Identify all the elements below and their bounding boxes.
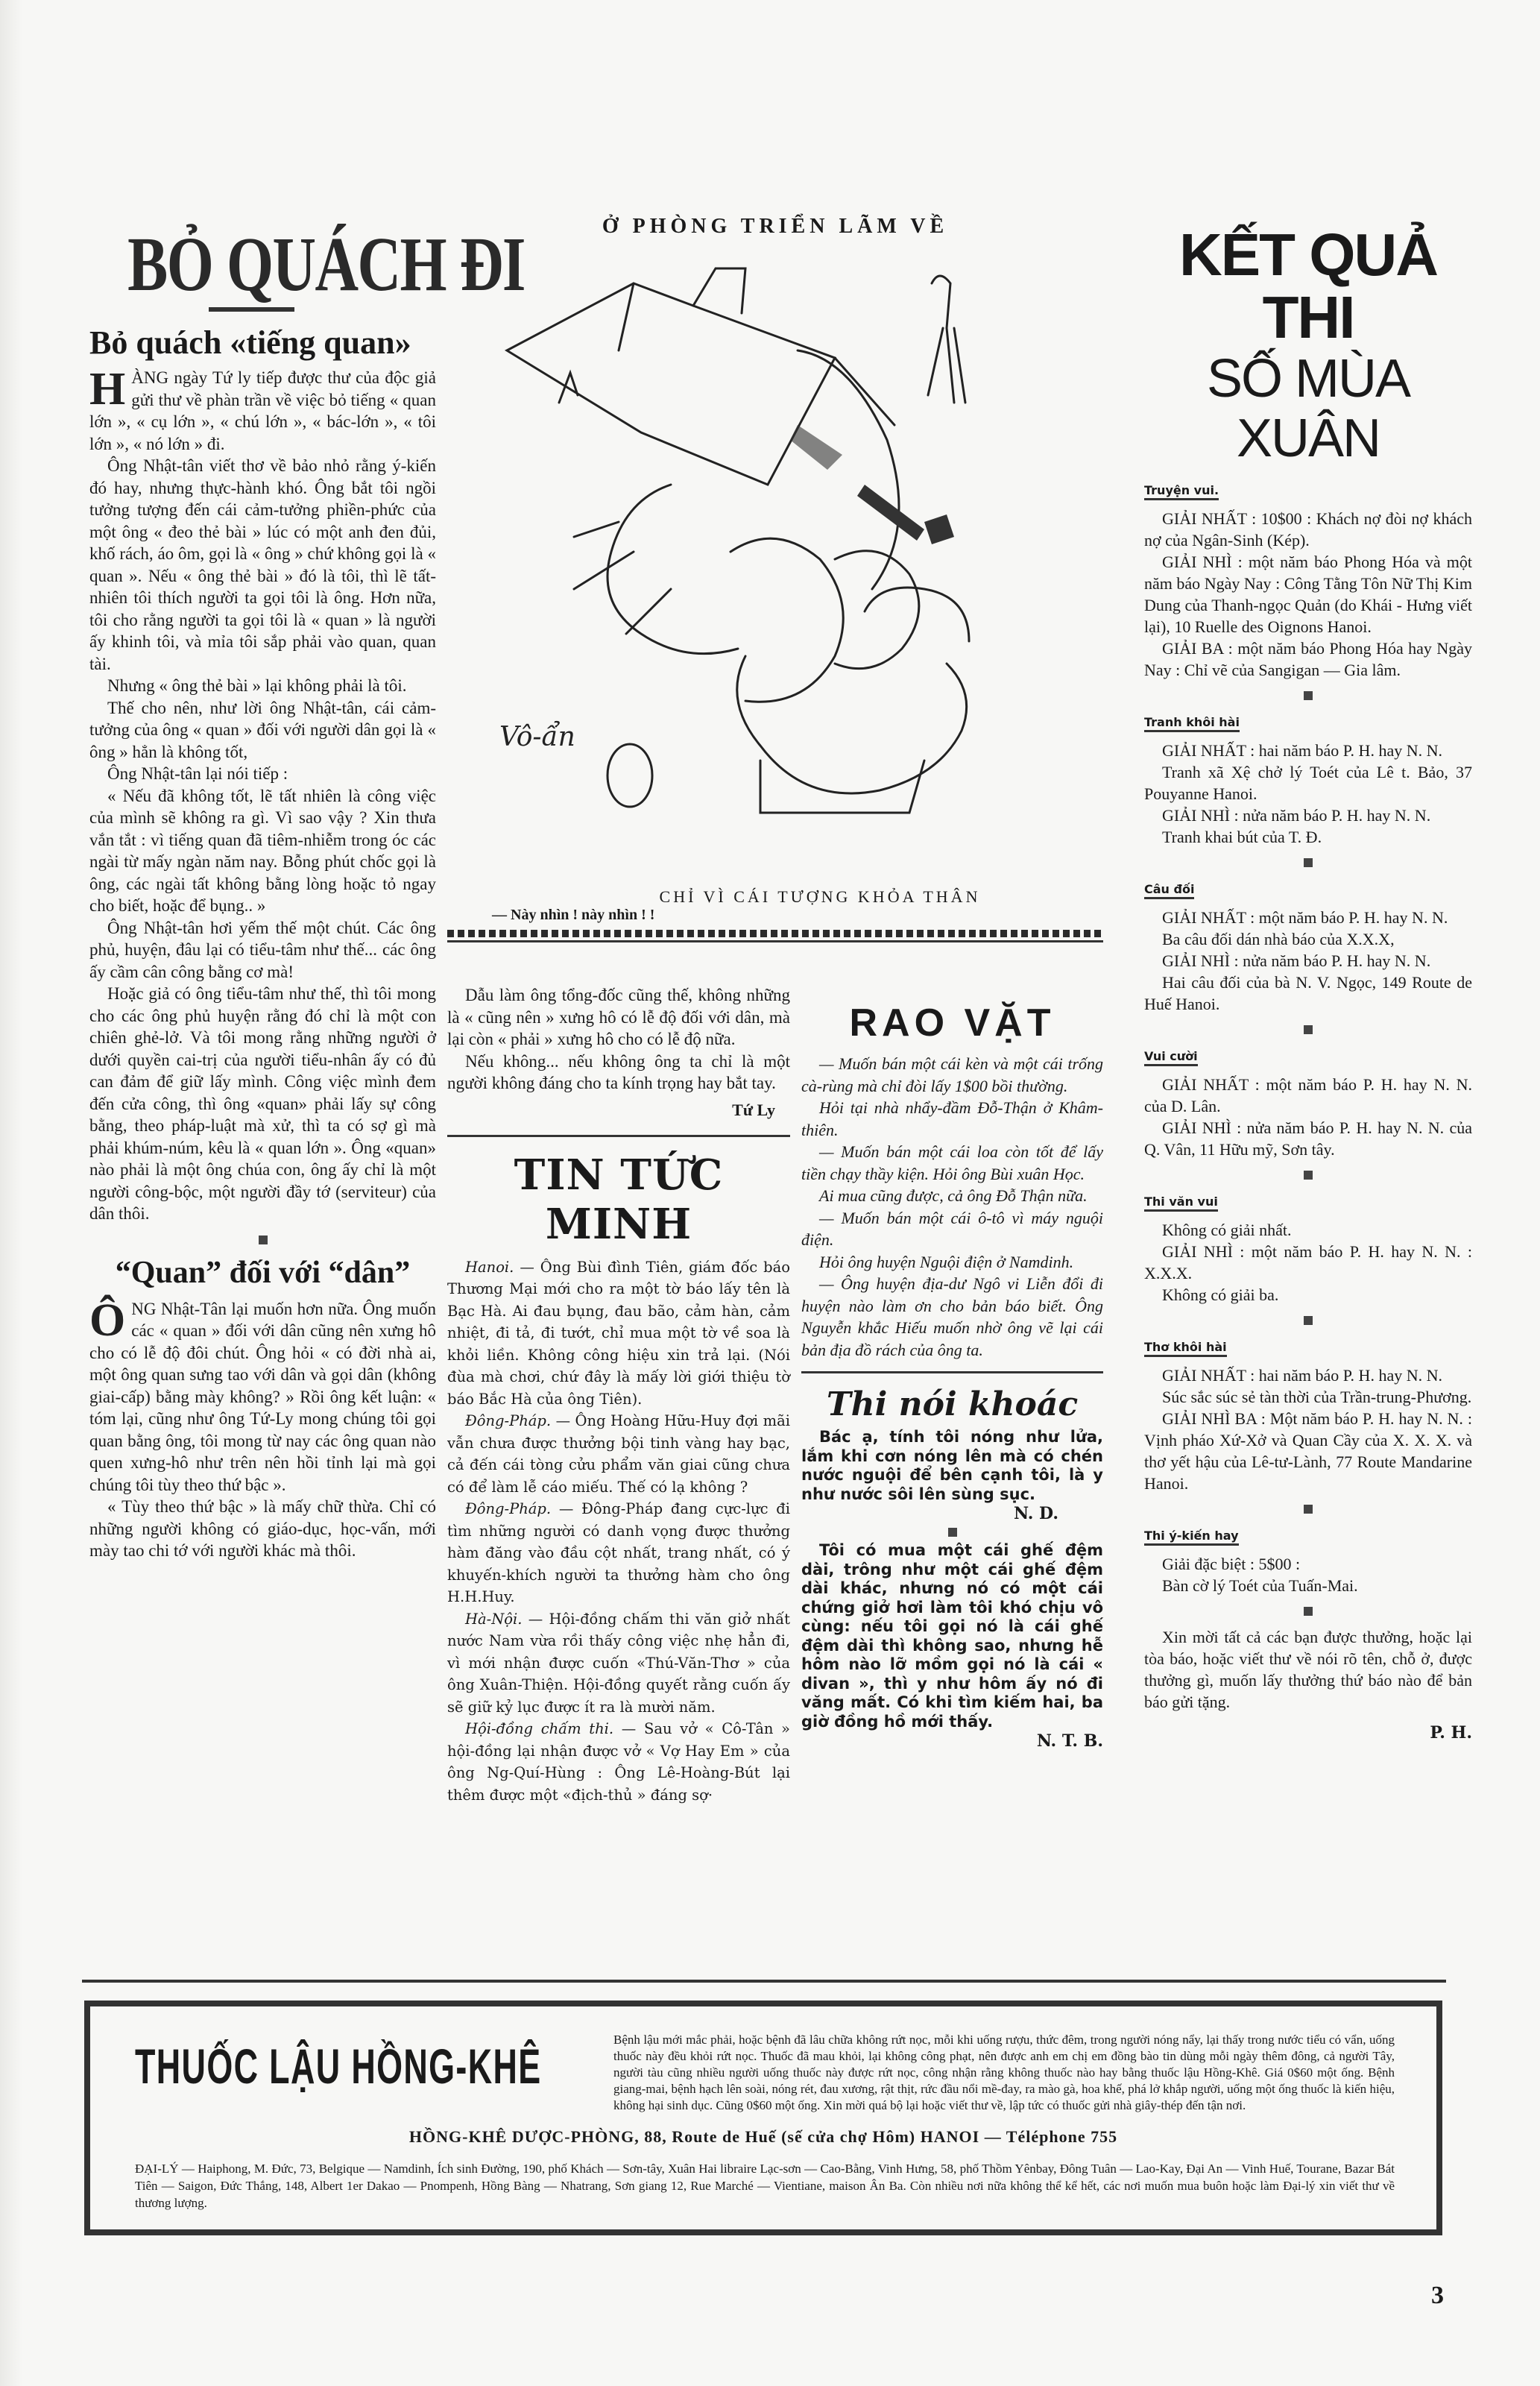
results-section: Vui cười GIẢI NHẤT : một năm báo P. H. h… <box>1144 1045 1472 1160</box>
results-category-heading: Câu đối <box>1144 882 1194 899</box>
prize-line: Hai câu đối của bà N. V. Ngọc, 149 Route… <box>1144 972 1472 1015</box>
author-signature: N. D. <box>801 1504 1058 1523</box>
classified-item: Hỏi tại nhà nhẩy-đầm Đỗ-Thận ở Khâm-thiê… <box>801 1097 1103 1141</box>
ad-agents-list: ĐẠI-LÝ — Haiphong, M. Đức, 73, Belgique … <box>135 2160 1395 2212</box>
prize-line: GIẢI NHẤT : một năm báo P. H. hay N. N. … <box>1144 1074 1472 1117</box>
prize-line: GIẢI NHẤT : 10$00 : Khách nợ đòi nợ khác… <box>1144 508 1472 551</box>
ad-body-text: Bệnh lậu mới mắc phải, hoặc bệnh đã lâu … <box>135 2032 1395 2114</box>
news-place: Hà-Nội. <box>465 1611 522 1628</box>
news-item: Đông-Pháp. — Ông Hoàng Hữu-Huy đợi mãi v… <box>447 1410 790 1498</box>
dropcap-letter: Ô <box>89 1301 125 1340</box>
paragraph: Ông Nhật-tân lại nói tiếp : <box>89 763 436 785</box>
prize-line: GIẢI NHẤT : hai năm báo P. H. hay N. N. <box>1144 740 1472 761</box>
results-category-heading: Thi văn vui <box>1144 1194 1218 1212</box>
author-signature: N. T. B. <box>801 1731 1103 1751</box>
classified-item: — Muốn bán một cái loa còn tốt để lấy ti… <box>801 1141 1103 1185</box>
prize-line: Giải đặc biệt : 5$00 : <box>1144 1553 1472 1575</box>
results-section: Thi ý-kiến hay Giải đặc biệt : 5$00 : Bà… <box>1144 1524 1472 1596</box>
paragraph: ÀNG ngày Tứ ly tiếp được thư của độc giả… <box>89 368 436 453</box>
news-item: Hội-đồng chấm thi. — Sau vở « Cô-Tân » h… <box>447 1718 790 1806</box>
prize-line: GIẢI NHẤT : một năm báo P. H. hay N. N. <box>1144 907 1472 928</box>
news-place: Đông-Pháp. <box>465 1412 551 1429</box>
news-place: Đông-Pháp. <box>465 1500 551 1517</box>
divider <box>447 940 1103 942</box>
news-place: Hanoi. <box>465 1259 514 1276</box>
section-heading: “Quan” đối với “dân” <box>89 1255 436 1291</box>
classified-item: — Muốn bán một cái ô-tô vì máy nguội điệ… <box>801 1207 1103 1251</box>
ornament-icon <box>1304 1505 1313 1514</box>
dropcap-letter: H <box>89 370 125 409</box>
prize-line: GIẢI NHÌ : một năm báo Phong Hóa và một … <box>1144 551 1472 638</box>
prize-line: Không có giải ba. <box>1144 1284 1472 1306</box>
prize-line: GIẢI NHÌ : nửa năm báo P. H. hay N. N. c… <box>1144 1117 1472 1160</box>
results-section: Thi văn vui Không có giải nhất. GIẢI NHÌ… <box>1144 1190 1472 1306</box>
results-category-heading: Truyện vui. <box>1144 483 1219 500</box>
section-heading: RAO VẶT <box>801 1001 1103 1045</box>
prize-line: GIẢI NHÌ BA : Một năm báo P. H. hay N. N… <box>1144 1408 1472 1494</box>
results-category-heading: Tranh khôi hài <box>1144 715 1240 732</box>
ornament-icon <box>1304 1025 1313 1034</box>
ornament-icon <box>1304 1316 1313 1325</box>
headline-underline <box>209 307 294 312</box>
prize-line: Không có giải nhất. <box>1144 1219 1472 1241</box>
ornament-icon <box>1304 1607 1313 1616</box>
divider <box>447 1135 790 1137</box>
paragraph: Ông Nhật-tân viết thơ về bảo nhỏ rằng ý-… <box>89 455 436 675</box>
classified-item: — Muốn bán một cái kèn và một cái trống … <box>801 1053 1103 1097</box>
ornament-icon <box>1304 1171 1313 1180</box>
cartoon-header: Ở PHÒNG TRIỂN LÃM VỀ <box>447 215 1103 239</box>
cartoon-drawing-icon: Vô-ẩn <box>447 239 1103 880</box>
artist-signature: Vô-ẩn <box>499 721 575 752</box>
prize-line: Súc sắc súc sẻ tàn thời của Trần-trung-P… <box>1144 1386 1472 1408</box>
prize-line: GIẢI NHÌ : nửa năm báo P. H. hay N. N. <box>1144 805 1472 826</box>
scan-page-edge <box>0 0 22 2386</box>
divider <box>801 1371 1103 1373</box>
paragraph: Dẫu làm ông tổng-đốc cũng thế, không nhữ… <box>447 984 790 1051</box>
divider <box>82 1980 1446 1983</box>
paragraph: Nhưng « ông thẻ bài » lại không phải là … <box>89 675 436 697</box>
results-section: Câu đối GIẢI NHẤT : một năm báo P. H. ha… <box>1144 878 1472 1015</box>
classified-item: Ai mua cũng được, cả ông Đỗ Thận nữa. <box>801 1185 1103 1207</box>
prize-line: Tranh xã Xệ chở lý Toét của Lê t. Bảo, 3… <box>1144 761 1472 805</box>
cartoon-dialog: — Này nhìn ! này nhìn ! ! <box>492 907 1103 924</box>
section-heading: TIN TỨC MINH <box>447 1150 790 1249</box>
cartoon-illustration: Vô-ẩn <box>447 239 1103 887</box>
section-heading: Thi nói khoác <box>801 1385 1103 1423</box>
prize-line: Bàn cờ lý Toét của Tuấn-Mai. <box>1144 1575 1472 1596</box>
results-category-heading: Thi ý-kiến hay <box>1144 1529 1239 1546</box>
news-item: Hà-Nội. — Hội-đồng chấm thi văn giở nhất… <box>447 1608 790 1719</box>
middle-column: Ở PHÒNG TRIỂN LÃM VỀ <box>447 209 1103 942</box>
article-headline: BỎ QUÁCH ĐI <box>127 224 398 306</box>
prize-line: GIẢI NHÌ : một năm báo P. H. hay N. N. :… <box>1144 1241 1472 1284</box>
classifieds-and-jokes: RAO VẶT — Muốn bán một cái kèn và một cá… <box>801 984 1103 1751</box>
paragraph: NG Nhật-Tân lại muốn hơn nữa. Ông muốn c… <box>89 1300 436 1494</box>
classified-item: Hỏi ông huyện Nguội điện ở Namdinh. <box>801 1251 1103 1274</box>
cartoon-caption: CHỈ VÌ CÁI TƯỢNG KHỎA THÂN <box>537 887 1103 907</box>
left-article: BỎ QUÁCH ĐI Bỏ quách «tiếng quan» HÀNG n… <box>89 209 436 1562</box>
ad-pharmacy-address: HỒNG-KHÊ DƯỢC-PHÒNG, 88, Route de Huế (s… <box>90 2127 1436 2147</box>
results-section: Thơ khôi hài GIẢI NHẤT : hai năm báo P. … <box>1144 1335 1472 1494</box>
ornament-icon <box>259 1236 268 1244</box>
paragraph: Thế cho nên, như lời ông Nhật-tân, cái c… <box>89 697 436 764</box>
author-signature: P. H. <box>1144 1723 1472 1743</box>
article-subtitle: Bỏ quách «tiếng quan» <box>89 324 436 362</box>
results-category-heading: Thơ khôi hài <box>1144 1340 1227 1357</box>
prize-line: Ba câu đối dán nhà báo của X.X.X, <box>1144 928 1472 950</box>
prize-line: GIẢI NHẤT : hai năm báo P. H. hay N. N. <box>1144 1364 1472 1386</box>
news-item: Hanoi. — Ông Bùi đình Tiên, giám đốc báo… <box>447 1256 790 1411</box>
results-section: Truyện vui. GIẢI NHẤT : 10$00 : Khách nợ… <box>1144 479 1472 681</box>
results-section: Tranh khôi hài GIẢI NHẤT : hai năm báo P… <box>1144 711 1472 848</box>
author-signature: Tứ Ly <box>447 1101 775 1120</box>
news-item: Đông-Pháp. — Đông-Pháp đang cực-lực đi t… <box>447 1498 790 1608</box>
paragraph: Ông Nhật-tân hơi yếm thế một chút. Các ô… <box>89 917 436 983</box>
prize-line: GIẢI NHÌ : nửa năm báo P. H. hay N. N. <box>1144 950 1472 972</box>
ornament-icon <box>1304 691 1313 700</box>
paragraph: « Tùy theo thứ bậc » là mấy chữ thừa. Ch… <box>89 1496 436 1562</box>
results-headline: KẾT QUẢ THI <box>1144 224 1472 349</box>
ornament-icon <box>948 1528 957 1537</box>
joke-entry: Tôi có mua một cái ghế đệm dài, trông nh… <box>801 1541 1103 1731</box>
joke-entry: Bác ạ, tính tôi nóng như lửa, lắm khi cơ… <box>801 1428 1103 1504</box>
contest-results: KẾT QUẢ THI SỐ MÙA XUÂN Truyện vui. GIẢI… <box>1144 224 1472 1743</box>
ornament-icon <box>1304 858 1313 867</box>
paragraph: « Nếu đã không tốt, lẽ tất nhiên là công… <box>89 785 436 917</box>
paragraph: Nếu không... nếu không ông ta chỉ là một… <box>447 1051 790 1095</box>
advertisement-box: THUỐC LẬU HỒNG-KHÊ Bệnh lậu mới mắc phải… <box>84 2001 1442 2235</box>
closing-note: Xin mời tất cả các bạn được thưởng, hoặc… <box>1144 1626 1472 1713</box>
paragraph: Hoặc giả có ông tiểu-tâm như thế, thì tô… <box>89 983 436 1225</box>
continuation-and-news: Dẫu làm ông tổng-đốc cũng thế, không nhữ… <box>447 984 790 1806</box>
prize-line: GIẢI BA : một năm báo Phong Hóa hay Ngày… <box>1144 638 1472 681</box>
page-number: 3 <box>1431 2282 1444 2310</box>
results-category-heading: Vui cười <box>1144 1049 1198 1066</box>
news-place: Hội-đồng chấm thi. <box>465 1720 613 1737</box>
prize-line: Tranh khai bút của T. Đ. <box>1144 826 1472 848</box>
classified-item: — Ông huyện địa-dư Ngô vi Liễn đổi đi hu… <box>801 1273 1103 1361</box>
ornamental-rule <box>447 930 1103 937</box>
results-subheadline: SỐ MÙA XUÂN <box>1144 349 1472 468</box>
